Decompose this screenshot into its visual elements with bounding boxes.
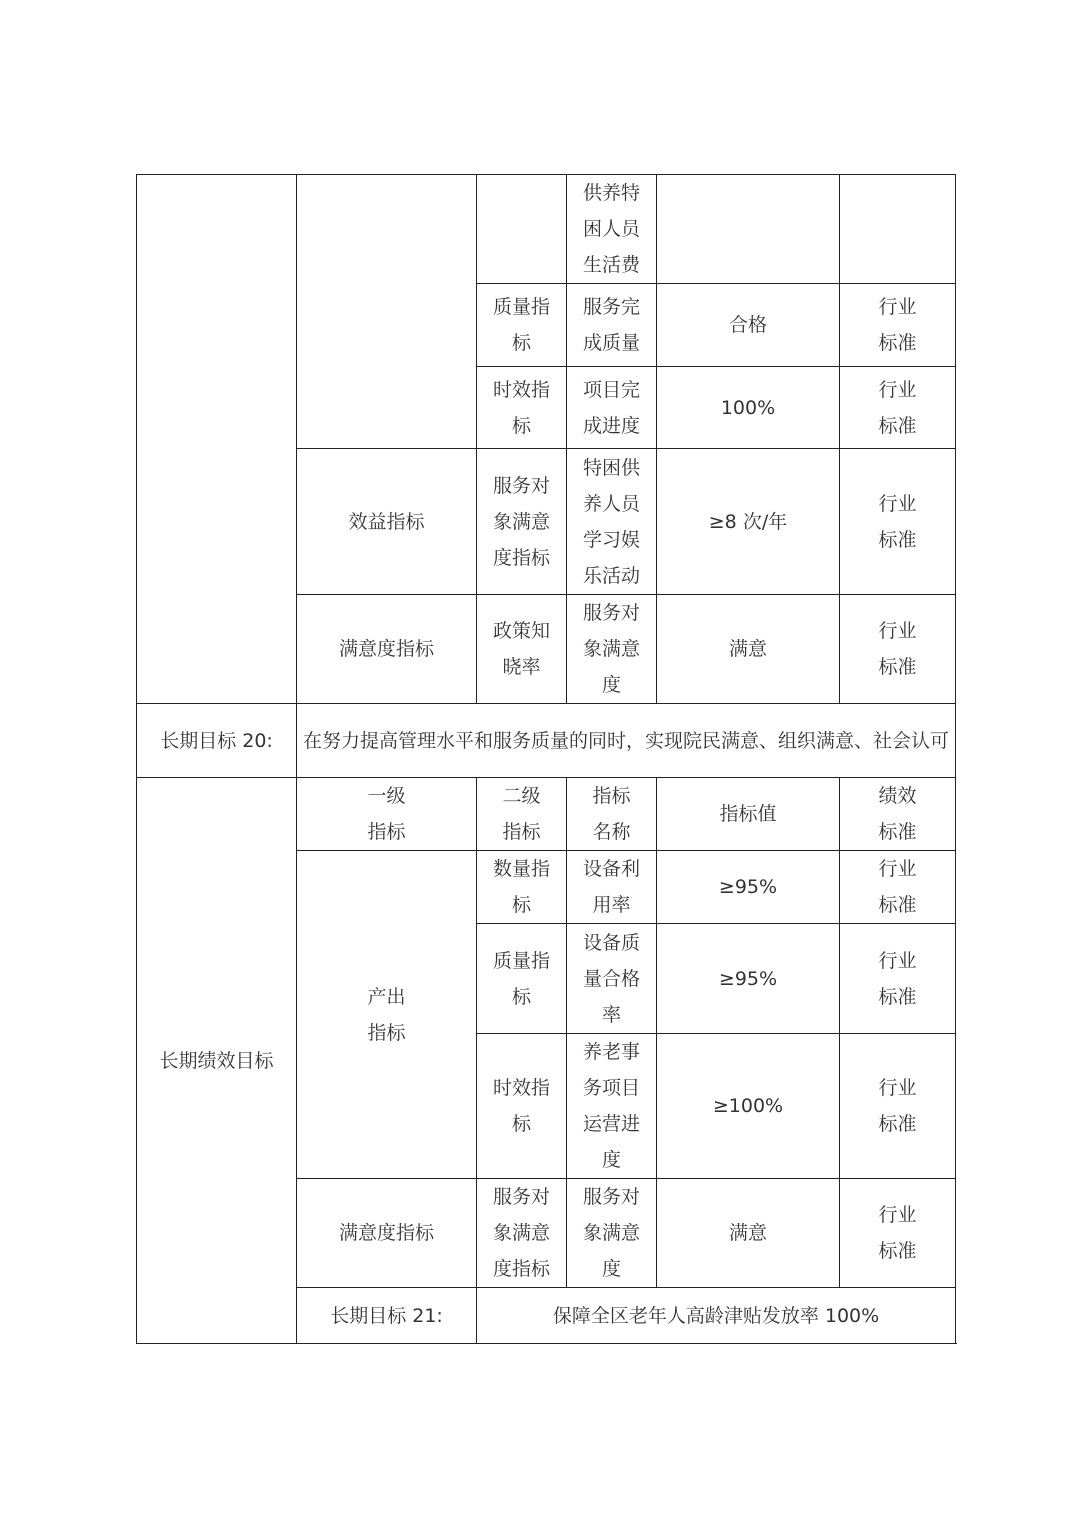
level2-cell: 服务对 象满意 度指标 [477,1179,567,1288]
header-level2: 二级 指标 [477,778,567,851]
table-row: 供养特 困人员 生活费 [137,175,956,284]
header-row: 长期绩效目标 一级 指标 二级 指标 指标 名称 指标值 绩效 标准 [137,778,956,851]
metric-name-cell: 设备利 用率 [567,851,657,924]
metric-name-cell: 服务对 象满意 度 [567,595,657,704]
level1-cell: 效益指标 [297,449,477,595]
standard-cell: 行业 标准 [840,284,956,367]
metric-name-cell: 服务对 象满意 度 [567,1179,657,1288]
value-cell: ≥8 次/年 [657,449,840,595]
standard-cell: 行业 标准 [840,851,956,924]
metric-name-cell: 服务完 成质量 [567,284,657,367]
level2-cell: 质量指 标 [477,924,567,1034]
level2-cell [477,175,567,284]
goal-20-text: 在努力提高管理水平和服务质量的同时，实现院民满意、组织满意、社会认可 [297,704,956,778]
value-cell: 满意 [657,1179,840,1288]
value-cell: 满意 [657,595,840,704]
standard-cell: 行业 标准 [840,449,956,595]
level2-cell: 服务对 象满意 度指标 [477,449,567,595]
standard-cell: 行业 标准 [840,595,956,704]
metric-name-cell: 养老事 务项目 运营进 度 [567,1034,657,1179]
value-cell: 100% [657,367,840,449]
goal-21-text: 保障全区老年人高龄津贴发放率 100% [477,1288,956,1344]
metric-name-cell: 特困供 养人员 学习娱 乐活动 [567,449,657,595]
metric-name-cell: 设备质 量合格 率 [567,924,657,1034]
value-cell: ≥100% [657,1034,840,1179]
standard-cell: 行业 标准 [840,1179,956,1288]
level2-cell: 政策知 晓率 [477,595,567,704]
value-cell: ≥95% [657,851,840,924]
header-level1: 一级 指标 [297,778,477,851]
level2-cell: 质量指 标 [477,284,567,367]
standard-cell [840,175,956,284]
long-term-performance-label: 长期绩效目标 [137,778,297,1344]
level1-cell: 满意度指标 [297,1179,477,1288]
performance-goals-table: 供养特 困人员 生活费 质量指 标 服务完 成质量 合格 行业 标准 时效指 标… [136,174,956,1344]
standard-cell: 行业 标准 [840,1034,956,1179]
header-value: 指标值 [657,778,840,851]
value-cell [657,175,840,284]
standard-cell: 行业 标准 [840,924,956,1034]
level2-cell: 数量指 标 [477,851,567,924]
level1-cell: 满意度指标 [297,595,477,704]
goal-20-label: 长期目标 20: [137,704,297,778]
level1-cell [297,175,477,449]
value-cell: 合格 [657,284,840,367]
header-standard: 绩效 标准 [840,778,956,851]
metric-name-cell: 项目完 成进度 [567,367,657,449]
continued-label-cell [137,175,297,704]
level2-cell: 时效指 标 [477,1034,567,1179]
goal-21-label: 长期目标 21: [297,1288,477,1344]
level2-cell: 时效指 标 [477,367,567,449]
standard-cell: 行业 标准 [840,367,956,449]
output-indicator-cell: 产出 指标 [297,851,477,1179]
goal-20-row: 长期目标 20: 在努力提高管理水平和服务质量的同时，实现院民满意、组织满意、社… [137,704,956,778]
header-metric-name: 指标 名称 [567,778,657,851]
value-cell: ≥95% [657,924,840,1034]
metric-name-cell: 供养特 困人员 生活费 [567,175,657,284]
